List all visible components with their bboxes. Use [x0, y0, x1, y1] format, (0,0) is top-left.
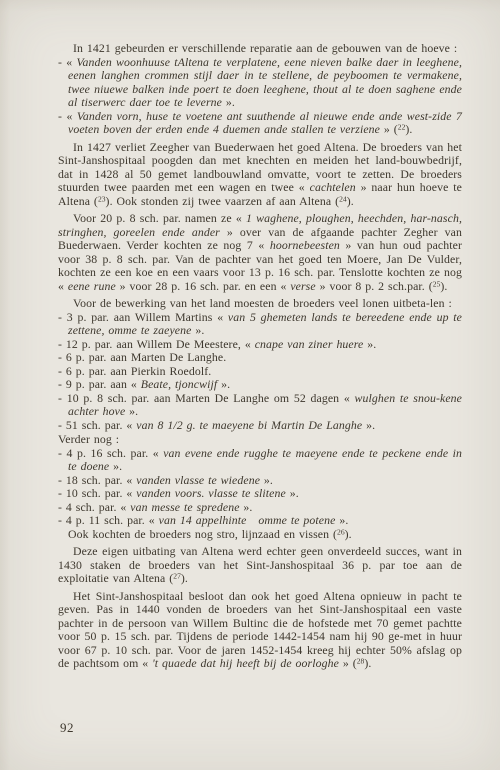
body-text: « [126, 486, 136, 500]
body-text: 3 p. par. aan Willem Martins [67, 310, 217, 324]
paragraph-intro-1421: In 1421 gebeurden er verschillende repar… [58, 42, 462, 56]
body-text: « [58, 279, 68, 293]
body-text: - [58, 350, 66, 364]
body-text: ». [125, 404, 138, 418]
quoted-middle-dutch-text: Vanden woonhuuse tAltena te verplatene, … [68, 55, 462, 110]
list-item-beate: - 9 p. par. aan « Beate, tjoncwijf ». [58, 378, 462, 392]
body-text: - [58, 486, 66, 500]
list-item-pierkin-roedolf: - 6 p. par. aan Pierkin Roedolf. [58, 365, 462, 379]
paragraph-nieuwe-pacht: Het Sint-Janshospitaal besloot dan ook h… [58, 590, 462, 671]
book-page: In 1421 gebeurden er verschillende repar… [0, 0, 500, 770]
body-text: - [58, 446, 67, 460]
body-text: In 1421 gebeurden er verschillende repar… [73, 41, 457, 55]
footnote-reference: 26 [337, 527, 345, 536]
quoted-middle-dutch-text: eene rune [68, 279, 116, 293]
body-text: 4 sch. par. [66, 500, 120, 514]
body-text: Verder nog : [58, 432, 119, 446]
body-text: « [236, 211, 246, 225]
body-text: - [58, 310, 67, 324]
body-text: ». [335, 513, 348, 527]
list-item-wulghen: - 10 p. 8 sch. par. aan Marten De Langhe… [58, 392, 462, 419]
paragraph-1427: In 1427 verliet Zeegher van Buederwaen h… [58, 141, 462, 209]
body-text: ). [405, 122, 412, 136]
body-text: 6 p. par. aan Marten De Langhe. [66, 350, 226, 364]
body-text: ». [217, 377, 230, 391]
body-text: ». [222, 95, 235, 109]
body-text: ». [109, 459, 122, 473]
paragraph-uitbating: Deze eigen uitbating van Altena werd ech… [58, 545, 462, 586]
body-text: 6 p. par. aan Pierkin Roedolf. [66, 364, 211, 378]
body-text: - [58, 500, 66, 514]
list-item-marten-de-langhe: - 6 p. par. aan Marten De Langhe. [58, 351, 462, 365]
quoted-middle-dutch-text: Beate, tjoncwijf [141, 377, 217, 391]
list-item-vlasse-wiedene: - 18 sch. par. « vanden vlasse te wieden… [58, 474, 462, 488]
body-text: ». [260, 473, 273, 487]
paragraph-stro-lijnzaad: Ook kochten de broeders nog stro, lijnza… [58, 528, 462, 542]
body-text: ». [362, 418, 375, 432]
body-text: « [280, 279, 290, 293]
body-text: 51 sch. par. [66, 418, 126, 432]
body-text: 10 p. 8 sch. par. aan Marten De Langhe o… [67, 391, 344, 405]
list-item-vlasse-slitene: - 10 sch. par. « vanden voors. vlasse te… [58, 487, 462, 501]
body-text: « [149, 513, 159, 527]
quoted-middle-dutch-text: vanden voors. vlasse te slitene [136, 486, 286, 500]
body-text: 18 sch. par. [66, 473, 126, 487]
body-text: « [245, 337, 255, 351]
quoted-middle-dutch-text: van 8 1/2 g. te maeyene bi Martin De Lan… [136, 418, 362, 432]
body-text: 4 p. 16 sch. par. [67, 446, 153, 460]
list-item-appelhinte: - 4 p. 11 sch. par. « van 14 appelhinte … [58, 514, 462, 528]
quoted-middle-dutch-text: van messe te spredene [130, 500, 239, 514]
body-text: « [299, 180, 310, 194]
body-text: » voor 8 p. 2 sch.par. ( [316, 279, 433, 293]
body-text: ). [345, 527, 352, 541]
body-text: » voor 28 p. 16 sch. par. en een [116, 279, 281, 293]
list-item-quote-woonhuis: - « Vanden woonhuuse tAltena te verplate… [58, 56, 462, 110]
body-text: « [344, 391, 355, 405]
body-text: - [58, 337, 66, 351]
quoted-middle-dutch-text: van 14 appelhinte omme te potene [159, 513, 336, 527]
body-text: ). [181, 571, 188, 585]
body-text: » ( [380, 122, 398, 136]
body-text: ». [191, 323, 204, 337]
list-item-messe-spredene: - 4 sch. par. « van messe te spredene ». [58, 501, 462, 515]
body-text: ». [240, 500, 253, 514]
body-text: - [58, 418, 66, 432]
body-text: « [131, 377, 141, 391]
page-text: In 1421 gebeurden er verschillende repar… [58, 42, 462, 671]
paragraph-overname: Voor 20 p. 8 sch. par. namen ze « 1 wagh… [58, 212, 462, 293]
body-text: - [58, 364, 66, 378]
body-text: - [58, 513, 66, 527]
body-text: Voor 20 p. 8 sch. par. namen ze [73, 211, 236, 225]
quoted-middle-dutch-text: 't quaede dat hij heeft bij de oorloghe [152, 656, 339, 670]
body-text: 4 p. 11 sch. par. [66, 513, 149, 527]
body-text: » ( [339, 656, 357, 670]
paragraph-lonen-intro: Voor de bewerking van het land moesten d… [58, 297, 462, 311]
quoted-middle-dutch-text: hoornebeesten [270, 238, 340, 252]
body-text: ». [286, 486, 299, 500]
body-text: ). Ook stonden zij twee vaarzen af aan A… [106, 194, 340, 208]
body-text: « [217, 310, 228, 324]
paragraph-verder-nog: Verder nog : [58, 433, 462, 447]
quoted-middle-dutch-text: verse [290, 279, 315, 293]
body-text: « [120, 500, 130, 514]
body-text: Deze eigen uitbating van Altena werd ech… [58, 544, 462, 585]
body-text: Ook kochten de broeders nog stro, lijnza… [68, 527, 337, 541]
list-item-willem-martins: - 3 p. par. aan Willem Martins « van 5 g… [58, 311, 462, 338]
body-text: - [58, 391, 67, 405]
body-text: ). [347, 194, 354, 208]
body-text: « [258, 238, 269, 252]
body-text: « [66, 109, 76, 123]
body-text: ). [364, 656, 371, 670]
body-text: - [58, 473, 66, 487]
body-text: 9 p. par. aan [66, 377, 131, 391]
body-text: « [126, 473, 136, 487]
body-text: « [126, 418, 136, 432]
list-item-maeyene: - 51 sch. par. « van 8 1/2 g. te maeyene… [58, 419, 462, 433]
footnote-reference: 27 [173, 572, 181, 581]
quoted-middle-dutch-text: cnape van ziner huere [255, 337, 364, 351]
body-text: 12 p. par. aan Willem De Meestere, [66, 337, 245, 351]
list-item-willem-de-meestere: - 12 p. par. aan Willem De Meestere, « c… [58, 338, 462, 352]
body-text: 10 sch. par. [66, 486, 126, 500]
body-text: « [153, 446, 163, 460]
body-text: « [142, 656, 152, 670]
body-text: Voor de bewerking van het land moesten d… [73, 296, 452, 310]
list-item-quote-vorn-huse: - « Vanden vorn, huse te voetene ant suu… [58, 110, 462, 137]
footnote-reference: 24 [339, 194, 347, 203]
page-number: 92 [60, 720, 74, 735]
body-text: ». [363, 337, 376, 351]
footnote-reference: 23 [98, 194, 106, 203]
body-text: ). [440, 279, 447, 293]
quoted-middle-dutch-text: vanden vlasse te wiedene [136, 473, 260, 487]
body-text: « [66, 55, 76, 69]
quoted-middle-dutch-text: cachtelen [310, 180, 356, 194]
list-item-evene-rugghe: - 4 p. 16 sch. par. « van evene ende rug… [58, 447, 462, 474]
body-text: - [58, 377, 66, 391]
